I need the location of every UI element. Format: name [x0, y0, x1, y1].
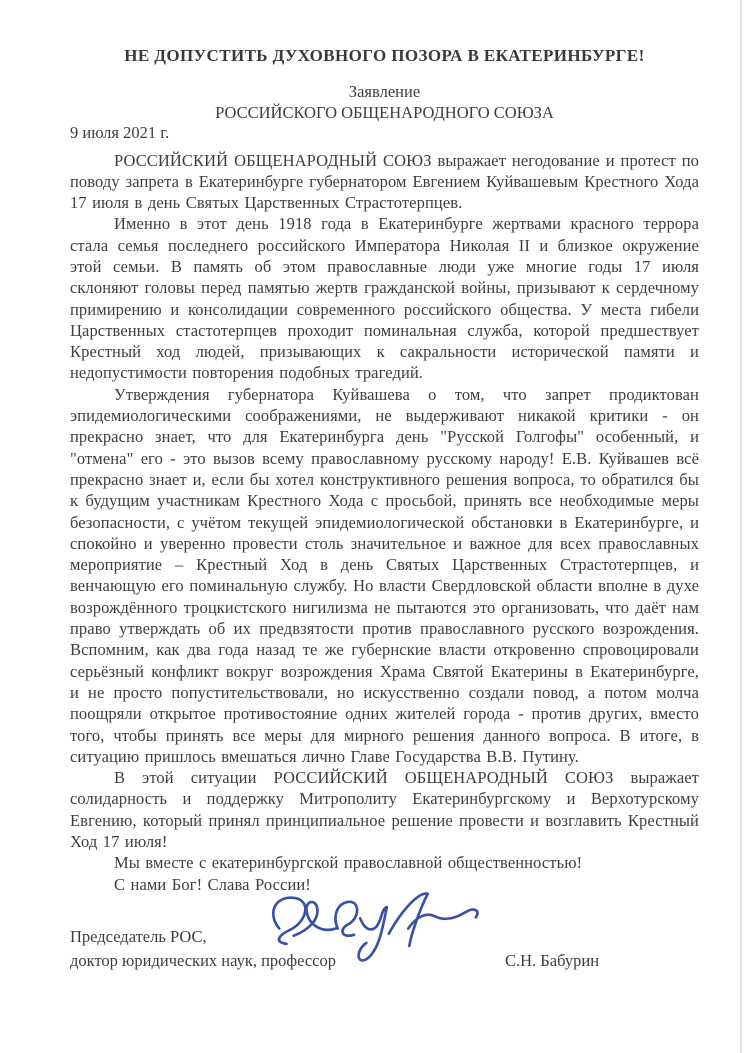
- document-body: РОССИЙСКИЙ ОБЩЕНАРОДНЫЙ СОЮЗ выражает не…: [70, 150, 699, 895]
- paragraph-2: Именно в этот день 1918 года в Екатеринб…: [70, 213, 699, 383]
- paragraph-1: РОССИЙСКИЙ ОБЩЕНАРОДНЫЙ СОЮЗ выражает не…: [70, 150, 699, 214]
- signature-block: Председатель РОС, доктор юридических нау…: [70, 925, 699, 973]
- handwritten-signature-icon: [265, 887, 485, 965]
- statement-label: Заявление: [70, 82, 699, 103]
- organization-name: РОССИЙСКОГО ОБЩЕНАРОДНОГО СОЮЗА: [70, 103, 699, 124]
- document-title: НЕ ДОПУСТИТЬ ДУХОВНОГО ПОЗОРА В ЕКАТЕРИН…: [70, 46, 699, 66]
- signatory-name: С.Н. Бабурин: [505, 949, 599, 973]
- paragraph-5: Мы вместе с екатеринбургской православно…: [70, 852, 699, 873]
- page-edge-shadow: [740, 0, 742, 1053]
- date-line: 9 июля 2021 г.: [70, 123, 699, 144]
- paragraph-4: В этой ситуации РОССИЙСКИЙ ОБЩЕНАРОДНЫЙ …: [70, 767, 699, 852]
- paragraph-3: Утверждения губернатора Куйвашева о том,…: [70, 384, 699, 767]
- document-page: НЕ ДОПУСТИТЬ ДУХОВНОГО ПОЗОРА В ЕКАТЕРИН…: [0, 0, 744, 1053]
